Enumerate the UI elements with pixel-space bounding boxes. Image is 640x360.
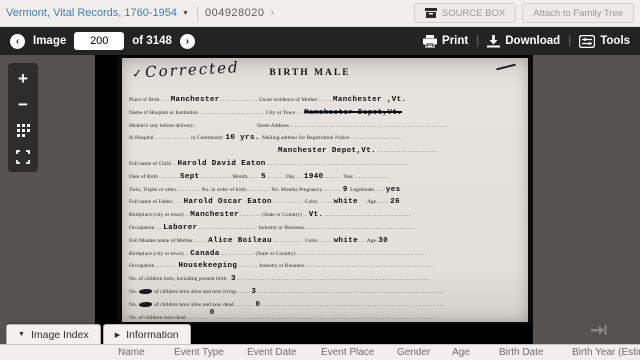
form-label: of children born alive and now dead	[154, 302, 235, 308]
form-label: Date of Birth	[129, 174, 159, 180]
dotted-leader: ......	[319, 97, 332, 103]
thumbnail-grid-button[interactable]	[10, 119, 36, 142]
form-label: In Hospital	[129, 135, 155, 141]
divider	[197, 6, 198, 21]
zoom-in-button[interactable]: +	[10, 67, 36, 90]
dotted-leader: .....	[374, 187, 385, 193]
form-label: Color	[303, 238, 317, 244]
tab-information[interactable]: ▶ Information	[103, 324, 191, 344]
tab-image-index[interactable]: ▼ Image Index	[6, 324, 101, 344]
dotted-leader: ...........	[176, 187, 200, 193]
dotted-leader: ........................................…	[267, 161, 408, 167]
toolbar-separator: |	[476, 35, 479, 47]
previous-image-button[interactable]: ‹	[10, 34, 25, 49]
form-label: Age	[367, 199, 376, 205]
caret-down-icon[interactable]: ▼	[182, 10, 189, 17]
dotted-leader: ........................................…	[261, 302, 444, 308]
form-label: No. of children born dead	[129, 315, 187, 321]
form-label: (State or Country)	[255, 251, 296, 257]
column-header-birth-year[interactable]: Birth Year (Estim	[572, 347, 640, 358]
column-header-event-date[interactable]: Event Date	[247, 347, 296, 358]
dotted-leader: .................	[221, 97, 258, 103]
tools-button[interactable]: Tools	[579, 35, 630, 48]
dotted-leader: ........................................	[325, 212, 412, 218]
dotted-leader: ....	[174, 199, 183, 205]
typed-value: 1940	[303, 173, 325, 181]
form-line: Place of Birth ....Manchester...........…	[129, 91, 521, 104]
form-label: in Community	[190, 135, 225, 141]
form-label: (State or Country)	[262, 212, 303, 218]
form-label: Full name of Father	[129, 199, 174, 205]
form-title: BIRTH MALE	[122, 68, 498, 78]
form-label: Occupation	[129, 225, 156, 231]
image-total-label: of 3148	[132, 35, 172, 47]
form-label: No. in order of birth	[200, 187, 246, 193]
ink-blot	[139, 289, 152, 294]
form-line: No. of children born dead ..........0...…	[129, 309, 521, 322]
form-line: No. of children born, including present …	[129, 270, 521, 283]
struck-value: Manchester Depot,Vt.	[303, 109, 403, 117]
typed-value: Vt.	[308, 211, 325, 219]
column-header-gender[interactable]: Gender	[397, 347, 430, 358]
typed-value: 26	[389, 198, 401, 206]
dotted-leader: ................	[355, 174, 390, 180]
form-label: Industry or Business	[258, 263, 306, 269]
zoom-out-button[interactable]: −	[10, 93, 36, 116]
dotted-leader: .........	[235, 302, 255, 308]
record-id: 004928020	[205, 7, 265, 19]
form-label: Occupation	[129, 263, 156, 269]
toolbar-actions: Print | Download | Tools	[423, 35, 630, 48]
form-line: No.of children born alive and now dead .…	[129, 296, 521, 309]
dotted-leader: ............................	[377, 148, 438, 154]
typed-value: Sept	[179, 173, 201, 181]
download-label: Download	[505, 35, 560, 47]
dotted-leader: ..........	[156, 263, 178, 269]
pen-mark	[496, 64, 516, 71]
form-line: Birthplace (city or town) ..Manchester..…	[129, 206, 521, 219]
index-table-header: Name Event Type Event Date Event Place G…	[0, 344, 640, 360]
dotted-leader: ........................................…	[290, 123, 447, 129]
typed-value: Manchester Depot,Vt.	[277, 147, 377, 155]
typed-value: Laborer	[162, 224, 198, 232]
form-label: Month	[231, 174, 247, 180]
dotted-leader: ..............	[273, 199, 303, 205]
top-bar: Vermont, Vital Records, 1760-1954 ▼ 0049…	[0, 0, 640, 27]
attach-to-tree-button[interactable]: Attach to Family Tree	[522, 3, 634, 23]
dotted-leader: ..............................	[199, 110, 264, 116]
birth-record-document[interactable]: ✓Corrected BIRTH MALE Place of Birth ...…	[122, 58, 528, 322]
scan-black-border: ✓Corrected BIRTH MALE Place of Birth ...…	[117, 57, 533, 324]
dotted-leader: ................	[221, 251, 256, 257]
form-label: Mailing address for Registration Notice	[261, 135, 351, 141]
dotted-leader: ........	[267, 174, 284, 180]
print-label: Print	[442, 35, 468, 47]
form-line: Mother's stay before delivery:Street Add…	[129, 117, 521, 130]
form-label: of children born alive and now living	[154, 289, 237, 295]
form-label: Age.	[366, 238, 378, 244]
typed-value: Manchester ,Vt.	[332, 96, 408, 104]
source-box-button[interactable]: SOURCE BOX	[414, 3, 516, 23]
dotted-leader: .......	[317, 238, 332, 244]
download-button[interactable]: Download	[487, 35, 560, 48]
dotted-leader: ........................	[351, 135, 403, 141]
print-button[interactable]: Print	[423, 35, 468, 48]
dotted-leader: ..............	[201, 174, 231, 180]
dotted-leader: ........................................…	[297, 251, 428, 257]
form-label: City or Town	[265, 110, 297, 116]
form-line: Manchester Depot,Vt.....................…	[129, 142, 521, 155]
form-label: Twin, Triplet or other	[129, 187, 176, 193]
ink-blot	[139, 302, 152, 307]
form-label: No. Months Pregnancy	[270, 187, 322, 193]
form-line: Full Maiden name of Mother ......Alice B…	[129, 232, 521, 245]
form-line: Occupation ...Laborer...................…	[129, 219, 521, 232]
typed-value: 10 yrs.	[224, 134, 260, 142]
caret-right-icon: ▶	[115, 331, 120, 339]
dotted-leader: ........................................…	[304, 225, 415, 231]
dotted-leader: .........	[238, 263, 258, 269]
tools-icon	[579, 35, 595, 48]
form-label: Legitimate	[349, 187, 374, 193]
dotted-leader: ...........................	[199, 225, 258, 231]
form-label: Name of Hospital or Institution	[129, 110, 199, 116]
form-line: No.of children born alive and now living…	[129, 283, 521, 296]
dotted-leader: ......	[247, 174, 260, 180]
dotted-leader: ........................................…	[306, 263, 434, 269]
form-label: Usual residence of Mother	[258, 97, 319, 103]
next-image-button[interactable]: ›	[180, 34, 195, 49]
tab-image-index-label: Image Index	[31, 329, 89, 341]
form-line: Full name of Father ....Harold Oscar Eat…	[129, 193, 521, 206]
typed-value: Housekeeping	[177, 262, 238, 270]
dotted-leader: ......	[194, 238, 207, 244]
form-label: Year	[342, 174, 355, 180]
form-lines: Place of Birth ....Manchester...........…	[122, 91, 528, 321]
dotted-leader: ...	[296, 174, 303, 180]
column-header-event-type[interactable]: Event Type	[174, 347, 224, 358]
form-line: Birthplace (city or town) ..Canada......…	[129, 245, 521, 258]
attach-to-tree-label: Attach to Family Tree	[533, 8, 623, 19]
typed-value: white	[333, 237, 360, 245]
typed-value: Alice Boileau	[207, 237, 273, 245]
form-line: Twin, Triplet or other........... No. in…	[129, 181, 521, 194]
image-number-input[interactable]	[74, 32, 124, 50]
document-header: ✓Corrected BIRTH MALE	[122, 58, 528, 91]
form-label: Street Address	[257, 123, 290, 129]
dotted-leader: ........................................…	[237, 276, 431, 282]
bottom-tabs: ▼ Image Index ▶ Information	[6, 324, 191, 344]
column-header-age[interactable]: Age	[452, 347, 470, 358]
form-label: No. of children born, including present …	[129, 276, 228, 282]
form-line: Name of Hospital or Institution ........…	[129, 104, 521, 117]
dotted-leader: ........................................…	[257, 289, 444, 295]
viewer-controls-panel: + −	[8, 63, 38, 172]
download-icon	[487, 35, 500, 48]
form-line: Date of Birth .........Sept.............…	[129, 168, 521, 181]
typed-value: white	[332, 198, 359, 206]
column-header-event-place[interactable]: Event Place	[321, 347, 374, 358]
dotted-leader: ..............	[273, 238, 303, 244]
typed-value: 30	[377, 237, 389, 245]
typed-value: Harold Oscar Eaton	[183, 198, 273, 206]
source-box-icon	[425, 8, 437, 18]
dotted-leader: ...........	[246, 187, 270, 193]
chevron-right-icon[interactable]: ›	[271, 7, 275, 19]
print-icon	[423, 35, 437, 48]
collapse-arrow-icon	[590, 323, 608, 337]
form-label: Color	[303, 199, 317, 205]
dotted-leader: ................	[155, 135, 190, 141]
tab-information-label: Information	[126, 329, 179, 341]
viewer-right-margin	[533, 55, 640, 344]
dotted-leader: ..........	[187, 315, 209, 321]
typed-value-raised: 0	[209, 309, 216, 317]
top-bar-actions: SOURCE BOX Attach to Family Tree	[414, 3, 634, 23]
form-label: Place of Birth	[129, 97, 161, 103]
form-label: Birthplace (city or town)	[129, 212, 185, 218]
typed-value: Manchester	[170, 96, 221, 104]
form-label: Full Maiden name of Mother	[129, 238, 194, 244]
typed-value: Canada	[189, 250, 220, 258]
document-viewer[interactable]: ✓Corrected BIRTH MALE Place of Birth ...…	[0, 55, 640, 344]
form-label: Full name of Child	[129, 161, 172, 167]
column-header-name[interactable]: Name	[118, 347, 145, 358]
toolbar-separator: |	[568, 35, 571, 47]
dotted-leader: ......	[237, 289, 250, 295]
typed-value: 9	[342, 186, 349, 194]
form-label: Birthplace (city or town)	[129, 251, 185, 257]
caret-down-icon: ▼	[18, 331, 25, 338]
form-line: In Hospital ................ in Communit…	[129, 129, 521, 142]
form-label: No.	[129, 302, 137, 308]
fullscreen-button[interactable]	[10, 145, 36, 168]
tools-label: Tools	[600, 35, 630, 47]
dotted-leader: ........................................…	[215, 315, 437, 321]
typed-value: Manchester	[189, 211, 240, 219]
collection-title-link[interactable]: Vermont, Vital Records, 1760-1954	[6, 7, 177, 19]
form-label: Day	[284, 174, 296, 180]
form-line: Occupation ..........Housekeeping.......…	[129, 257, 521, 270]
dotted-leader: .........	[322, 187, 342, 193]
typed-value: yes	[385, 186, 402, 194]
image-label: Image	[33, 35, 66, 47]
hide-panel-button[interactable]	[590, 323, 608, 337]
typed-value: Harold David Eaton	[176, 160, 266, 168]
dotted-leader: ..........	[240, 212, 262, 218]
form-line: Full name of Child ..Harold David Eaton.…	[129, 155, 521, 168]
typed-value: 3	[230, 275, 237, 283]
form-label: No.	[129, 289, 137, 295]
fullscreen-icon	[16, 150, 30, 164]
dotted-leader: .......	[317, 199, 332, 205]
image-toolbar: ‹ Image of 3148 › Print | Download | Too…	[0, 27, 640, 55]
dotted-leader: ......	[376, 199, 389, 205]
column-header-birth-date[interactable]: Birth Date	[499, 347, 543, 358]
form-label: Mother's stay before delivery:	[129, 123, 195, 129]
record-viewer-app: Vermont, Vital Records, 1760-1954 ▼ 0049…	[0, 0, 640, 360]
form-label: Industry or Business	[257, 225, 304, 231]
dotted-leader: ........	[325, 174, 342, 180]
dotted-leader: ....	[161, 97, 170, 103]
source-box-label: SOURCE BOX	[442, 8, 505, 19]
grid-icon	[17, 124, 30, 137]
dotted-leader: .........	[159, 174, 179, 180]
